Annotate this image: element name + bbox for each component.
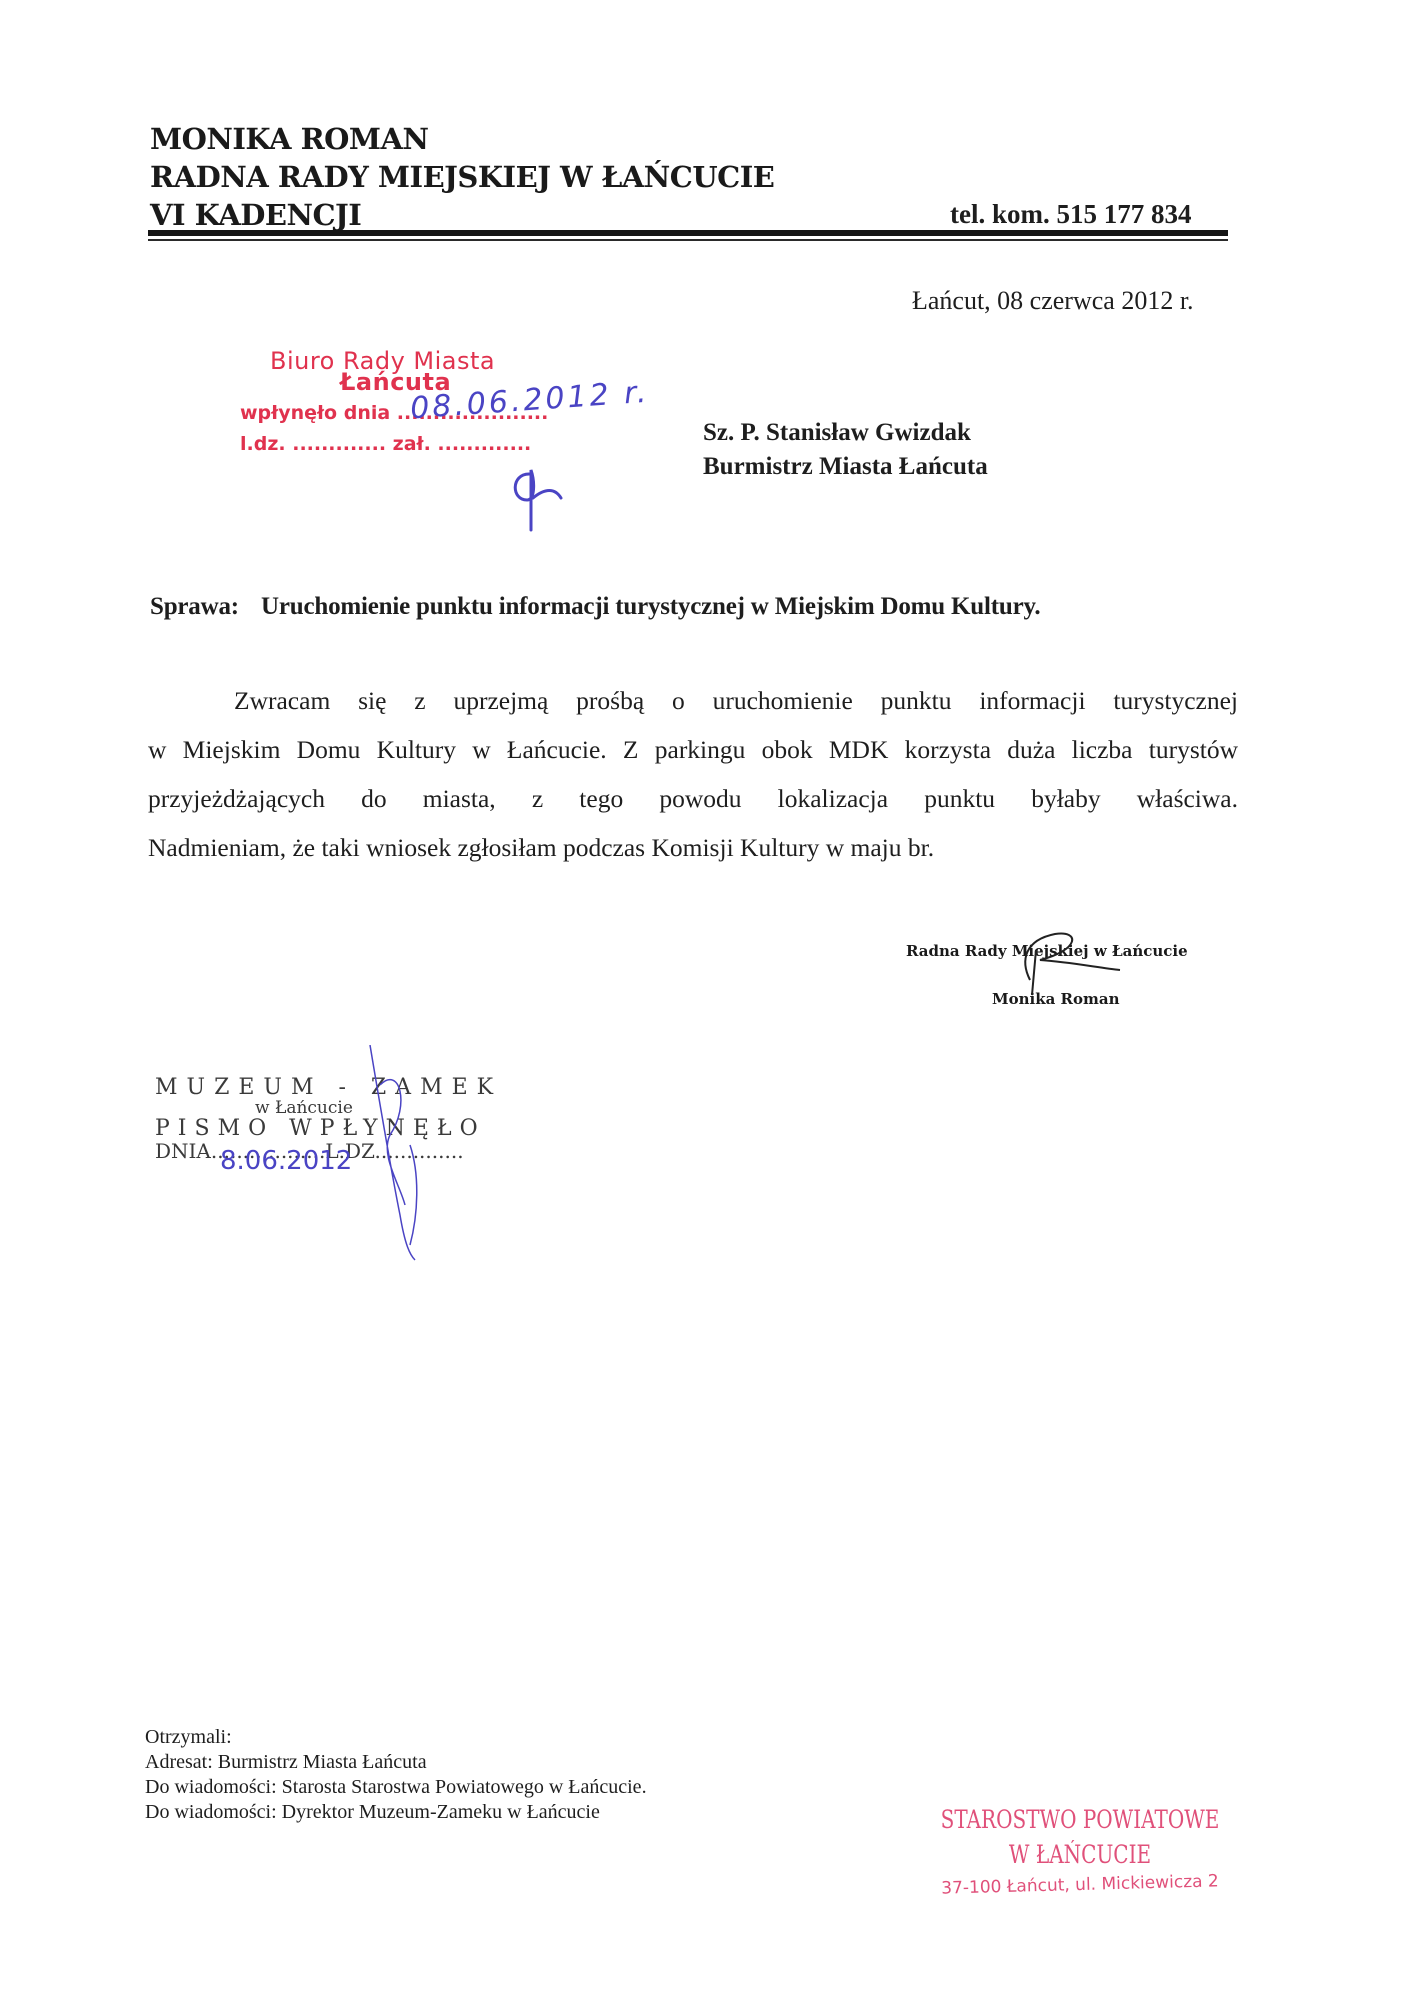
header-rule-thin (148, 239, 1228, 241)
addressee-block: Sz. P. Stanisław Gwizdak Burmistrz Miast… (703, 416, 988, 484)
letter-date: Łańcut, 08 czerwca 2012 r. (912, 286, 1194, 316)
letterhead-term: VI KADENCJI (150, 196, 774, 234)
letterhead-phone: tel. kom. 515 177 834 (950, 199, 1191, 230)
header-rule-thick (148, 230, 1228, 236)
county-office-stamp: STAROSTWO POWIATOWE W ŁAŃCUCIE 37-100 Ła… (900, 1805, 1260, 1895)
recipients-block: Otrzymali: Adresat: Burmistrz Miasta Łań… (145, 1725, 647, 1825)
museum-pen-mark (360, 1045, 440, 1270)
stamp-council-register: l.dz. ............. zał. ............. (240, 433, 531, 455)
county-stamp-line1: STAROSTWO POWIATOWE (936, 1805, 1224, 1834)
signature-scribble (1010, 920, 1130, 1015)
county-stamp-line2: W ŁAŃCUCIE (936, 1840, 1224, 1869)
recipient-item: Adresat: Burmistrz Miasta Łańcuta (145, 1750, 647, 1775)
subject-text: Uruchomienie punktu informacji turystycz… (261, 593, 1040, 620)
subject-label: Sprawa: (150, 593, 239, 620)
museum-stamp-line3: PISMO WPŁYNĘŁO (155, 1116, 502, 1141)
letterhead: MONIKA ROMAN RADNA RADY MIEJSKIEJ W ŁAŃC… (150, 120, 774, 234)
addressee-position: Burmistrz Miasta Łańcuta (703, 450, 988, 484)
letter-body: Zwracam się z uprzejmą prośbą o uruchomi… (148, 676, 1238, 872)
handwritten-initial-icon (505, 460, 585, 540)
body-line-3: przyjeżdżających do miasta, z tego powod… (148, 774, 1238, 823)
addressee-name: Sz. P. Stanisław Gwizdak (703, 416, 988, 450)
museum-stamp-line1: MUZEUM - ZAMEK (155, 1075, 502, 1100)
letterhead-title: RADNA RADY MIEJSKIEJ W ŁAŃCUCIE (150, 158, 774, 196)
pen-mark-icon (360, 1045, 440, 1265)
recipient-item: Do wiadomości: Starosta Starostwa Powiat… (145, 1775, 647, 1800)
body-line-2: w Miejskim Domu Kultury w Łańcucie. Z pa… (148, 725, 1238, 774)
museum-handwritten-date: 8.06.2012 (220, 1146, 352, 1176)
recipients-heading: Otrzymali: (145, 1725, 647, 1750)
body-line-1: Zwracam się z uprzejmą prośbą o uruchomi… (148, 676, 1238, 725)
body-line-4: Nadmieniam, że taki wniosek zgłosiłam po… (148, 823, 1238, 872)
recipient-item: Do wiadomości: Dyrektor Muzeum-Zameku w … (145, 1800, 647, 1825)
county-stamp-line3: 37-100 Łańcut, ul. Mickiewicza 2 (900, 1870, 1260, 1899)
subject-line: Sprawa: Uruchomienie punktu informacji t… (150, 593, 1040, 621)
museum-stamp-line2: w Łańcucie (155, 1098, 502, 1118)
handwritten-initial-mark (505, 460, 585, 545)
letterhead-name: MONIKA ROMAN (150, 120, 774, 158)
signature-scribble-icon (1010, 920, 1130, 1010)
